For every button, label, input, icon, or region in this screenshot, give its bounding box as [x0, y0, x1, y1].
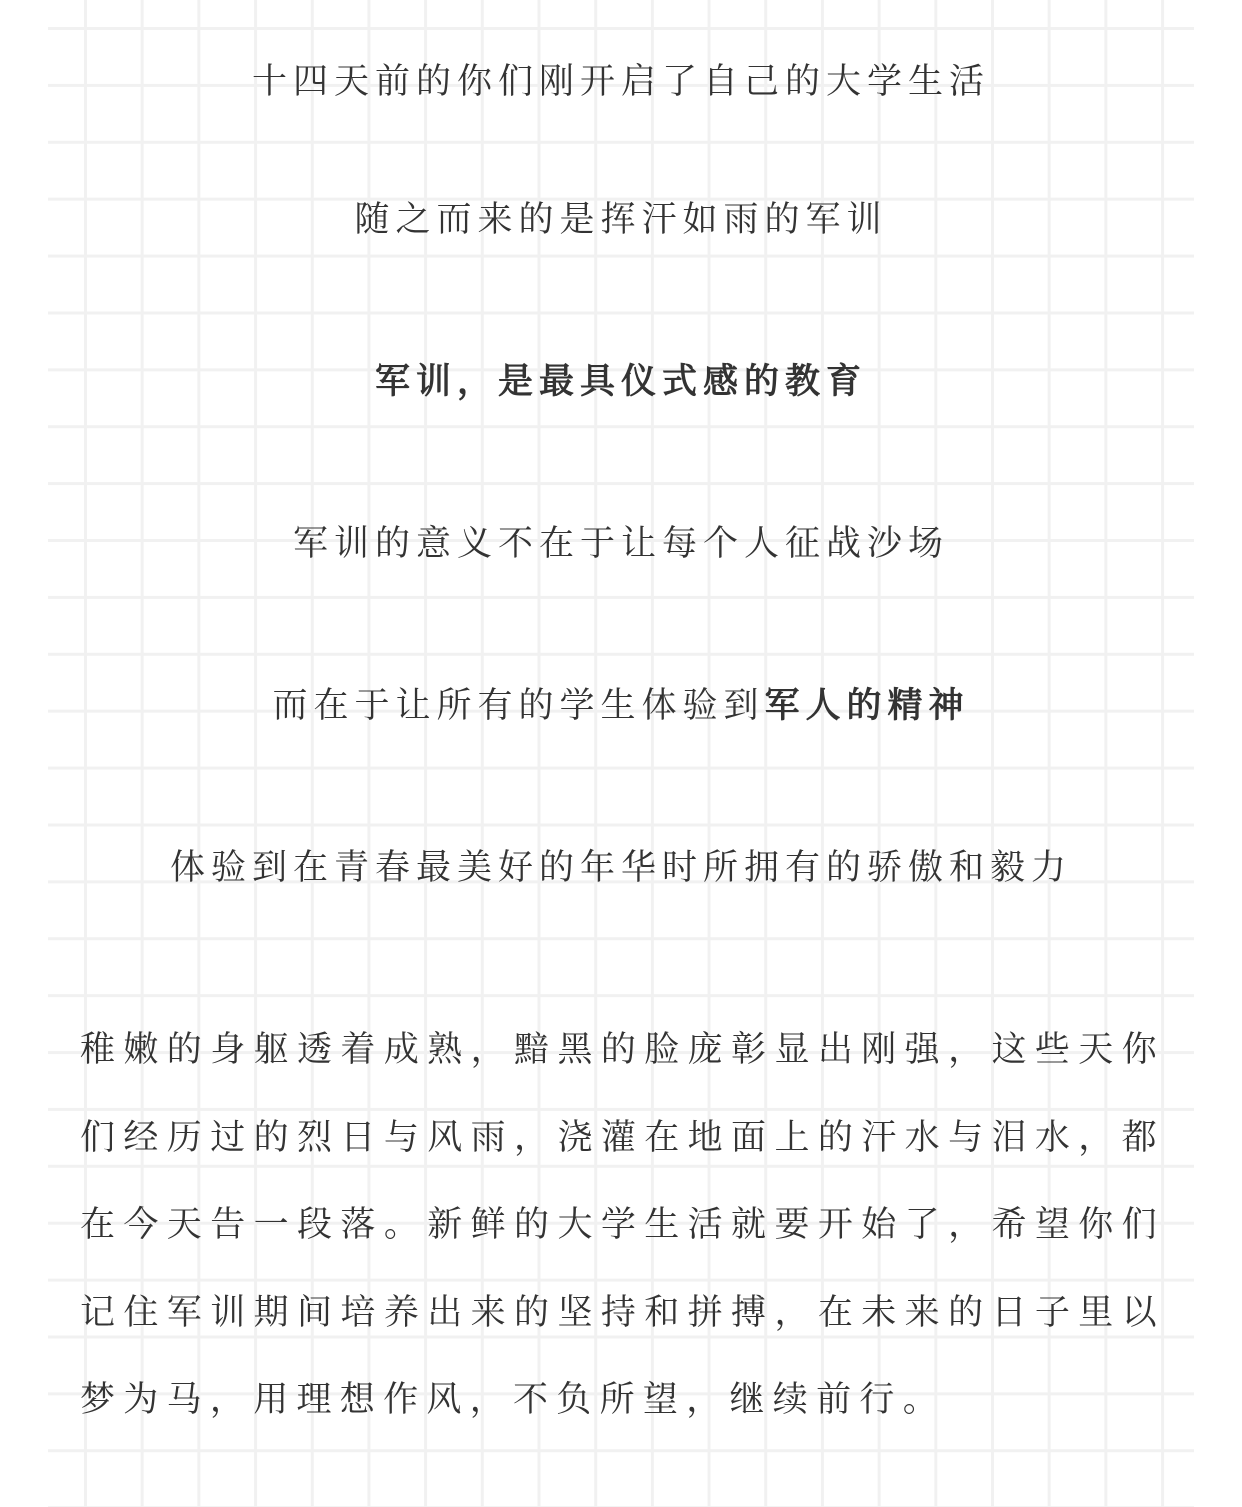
article-content: 十四天前的你们刚开启了自己的大学生活 随之而来的是挥汗如雨的军训 军训，是最具仪…: [0, 0, 1242, 1507]
headline-emphasis: 军训，是最具仪式感的教育: [0, 361, 1242, 403]
text-line-1: 十四天前的你们刚开启了自己的大学生活: [0, 61, 1242, 103]
text-line-2: 随之而来的是挥汗如雨的军训: [0, 199, 1242, 241]
text-line-5: 而在于让所有的学生体验到军人的精神: [0, 685, 1242, 727]
text-line-4: 军训的意义不在于让每个人征战沙场: [0, 523, 1242, 565]
text-line-5-prefix: 而在于让所有的学生体验到: [272, 686, 764, 726]
closing-paragraph: 稚嫩的身躯透着成熟，黯黑的脸庞彰显出刚强，这些天你们经历过的烈日与风雨，浇灌在地…: [80, 1007, 1165, 1445]
text-line-5-bold: 军人的精神: [765, 686, 970, 726]
text-line-6: 体验到在青春最美好的年华时所拥有的骄傲和毅力: [0, 847, 1242, 889]
